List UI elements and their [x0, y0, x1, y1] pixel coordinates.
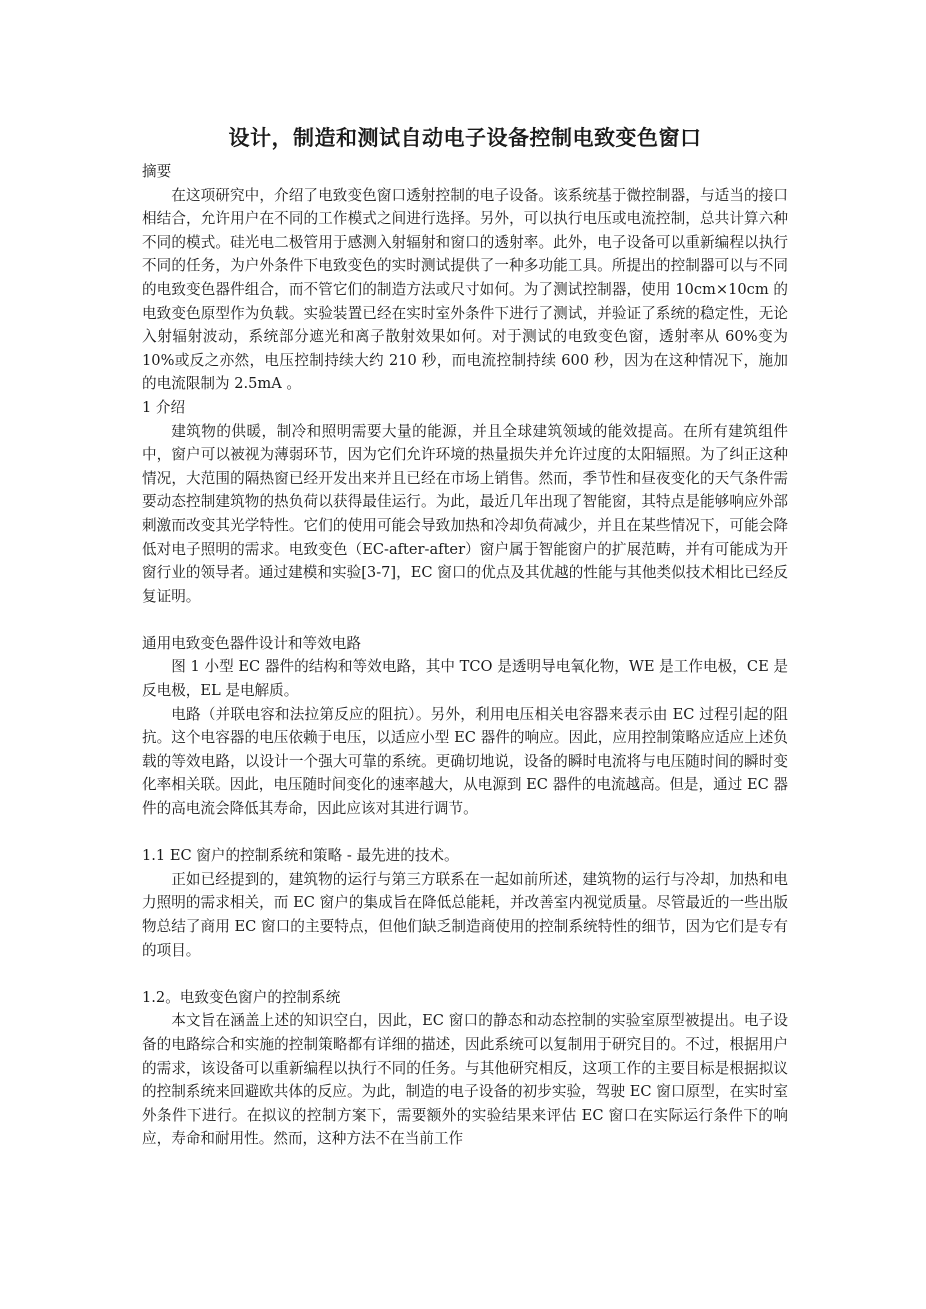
ec-circuit-text: 电路（并联电容和法拉第反应的阻抗）。另外，利用电压相关电容器来表示由 EC 过程… — [142, 703, 788, 821]
spacer — [142, 608, 788, 632]
spacer — [142, 962, 788, 986]
ec-design-heading: 通用电致变色器件设计和等效电路 — [142, 632, 788, 656]
section-1-2-heading: 1.2。电致变色窗户的控制系统 — [142, 986, 788, 1010]
section-1-1-text: 正如已经提到的，建筑物的运行与第三方联系在一起如前所述，建筑物的运行与冷却，加热… — [142, 868, 788, 962]
abstract-heading: 摘要 — [142, 160, 788, 184]
section-1-text: 建筑物的供暖，制冷和照明需要大量的能源，并且全球建筑领域的能效提高。在所有建筑组… — [142, 420, 788, 609]
section-1-1-heading: 1.1 EC 窗户的控制系统和策略 - 最先进的技术。 — [142, 844, 788, 868]
spacer — [142, 821, 788, 845]
document-page: 设计，制造和测试自动电子设备控制电致变色窗口 摘要 在这项研究中，介绍了电致变色… — [142, 118, 788, 1151]
document-title: 设计，制造和测试自动电子设备控制电致变色窗口 — [142, 118, 788, 158]
figure-1-caption: 图 1 小型 EC 器件的结构和等效电路，其中 TCO 是透明导电氧化物，WE … — [142, 655, 788, 702]
section-1-2-text: 本文旨在涵盖上述的知识空白，因此，EC 窗口的静态和动态控制的实验室原型被提出。… — [142, 1009, 788, 1151]
abstract-text: 在这项研究中，介绍了电致变色窗口透射控制的电子设备。该系统基于微控制器，与适当的… — [142, 184, 788, 396]
section-1-heading: 1 介绍 — [142, 396, 788, 420]
